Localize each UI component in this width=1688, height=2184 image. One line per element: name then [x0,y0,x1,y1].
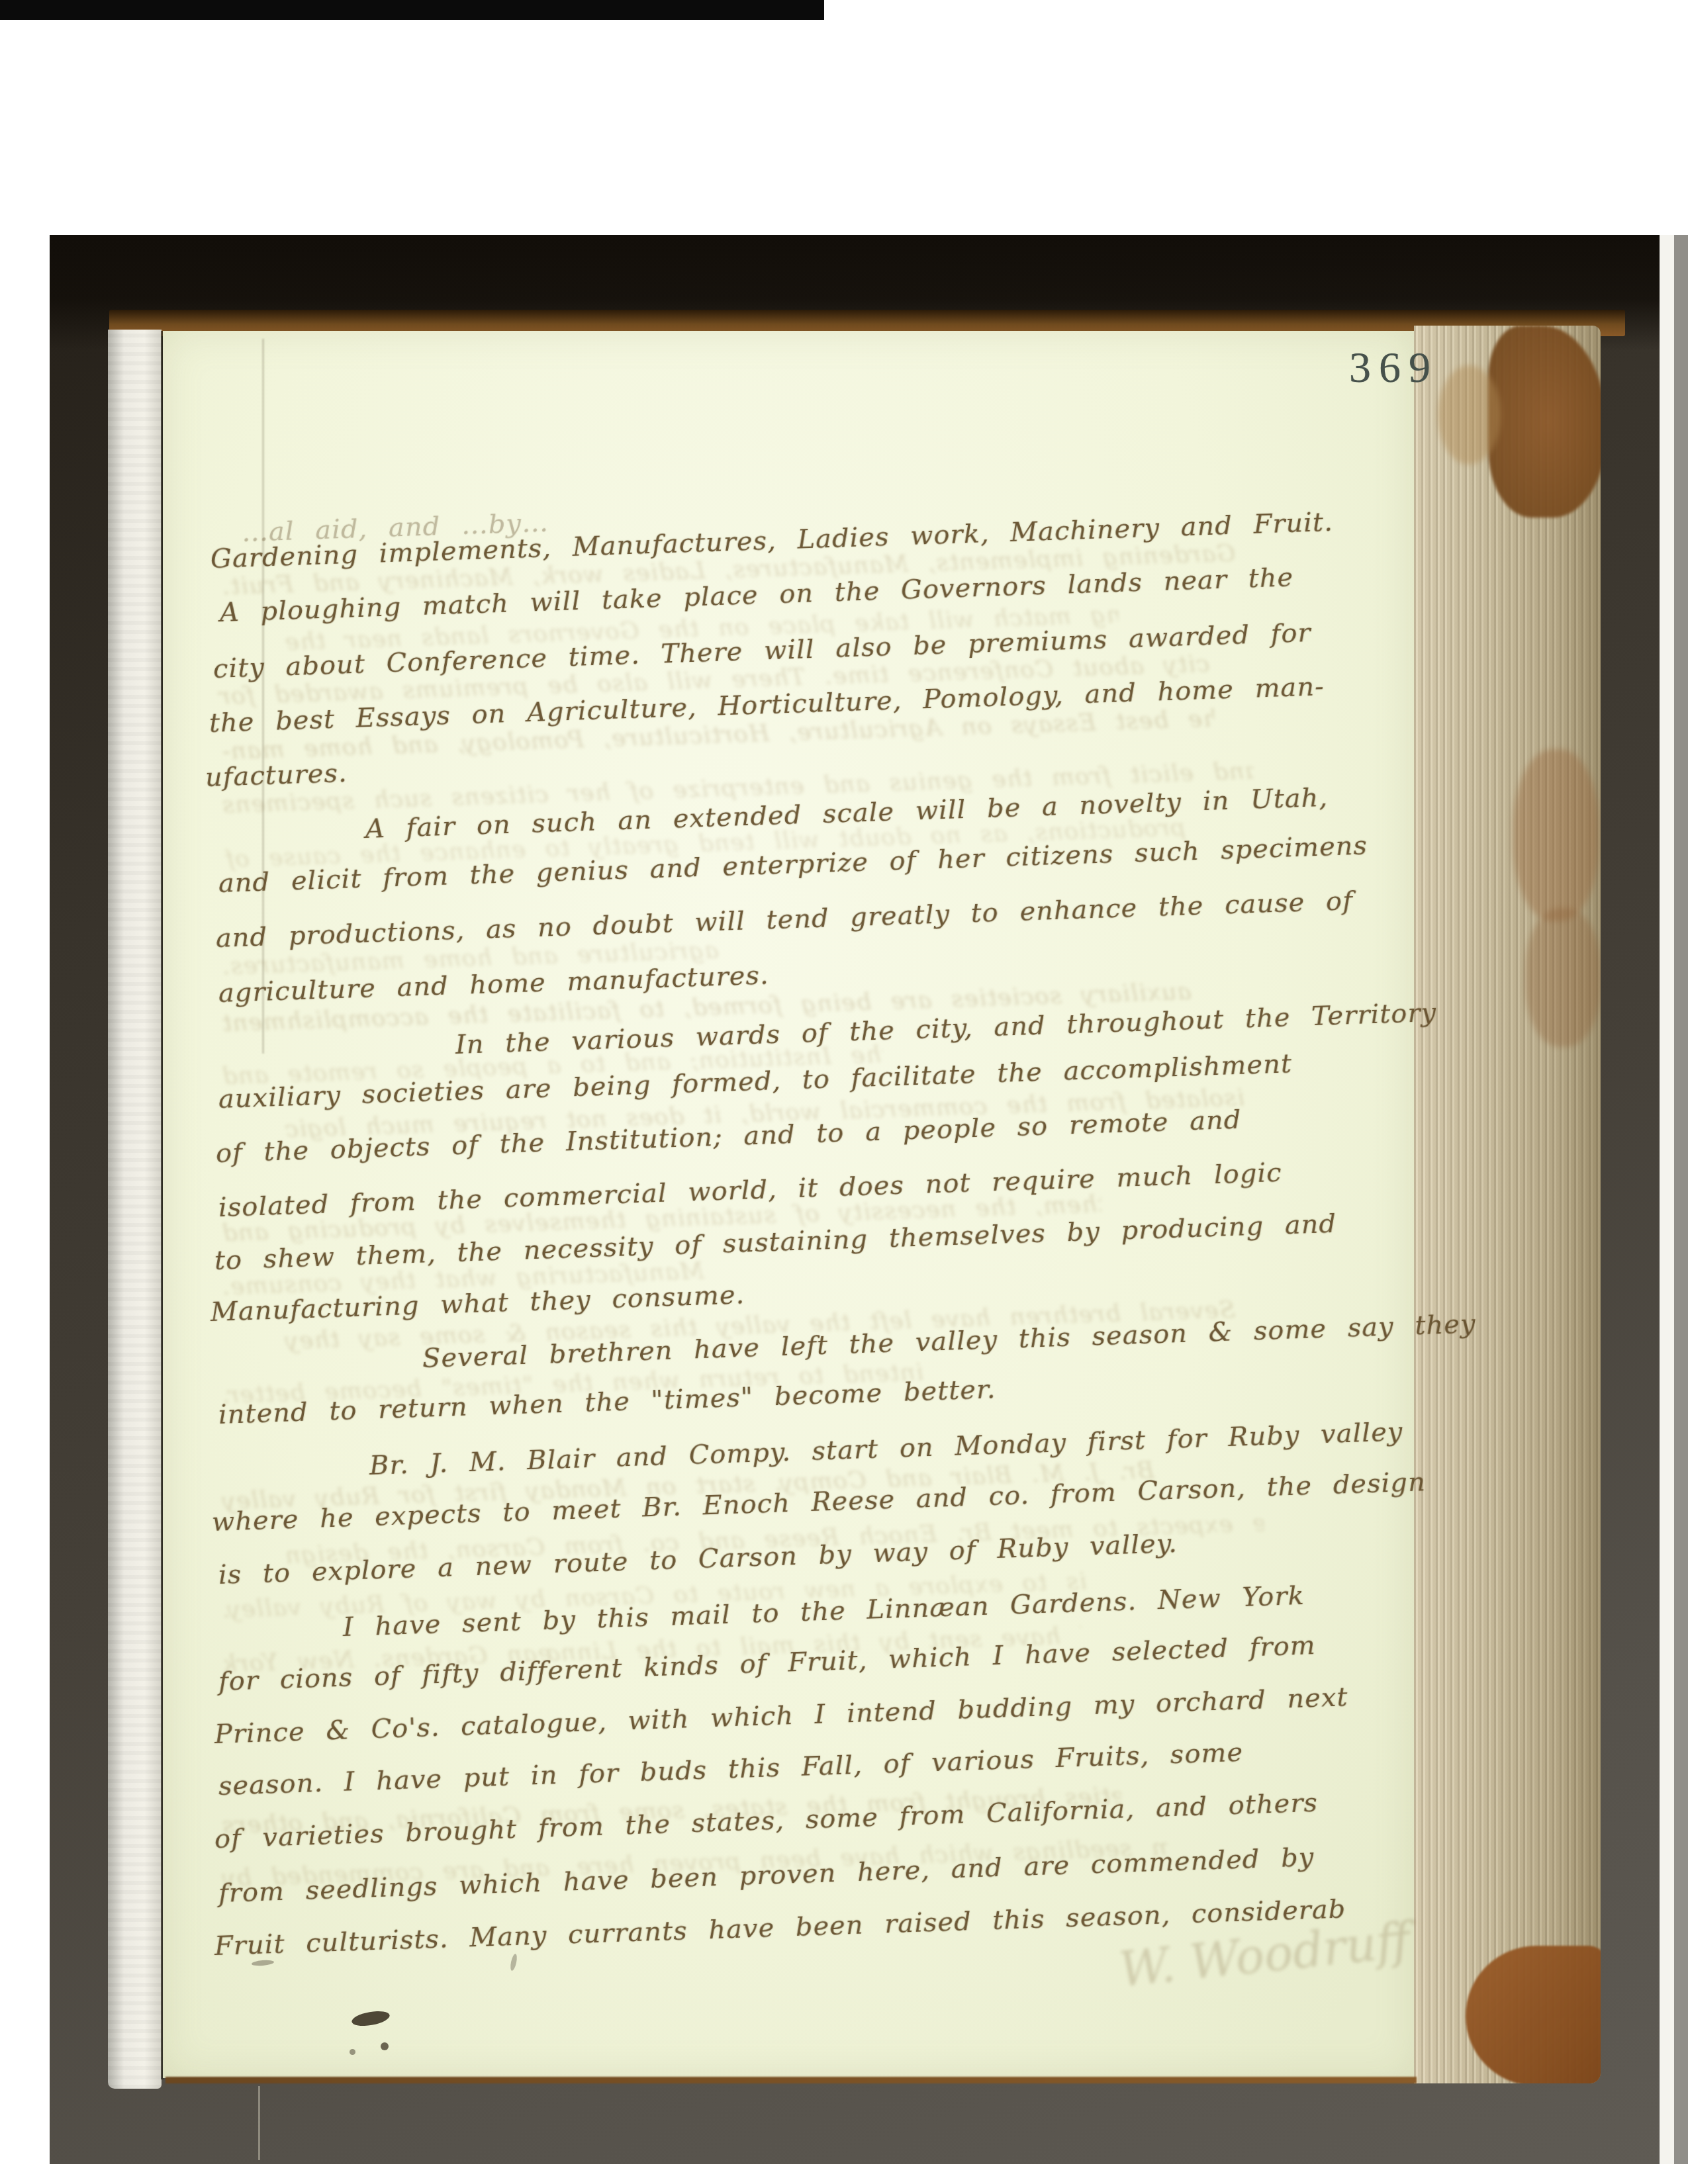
scanned-manuscript-screenshot: 369 Gardening implements, Manufactures, … [0,0,1688,2184]
photo-right-white-edge [1660,235,1674,2164]
cover-seam-line [258,2086,260,2160]
scanner-edge-strip [0,0,824,20]
page-bottom-edge [165,2077,1417,2083]
fore-edge-page-stack [1414,326,1601,2083]
fore-edge-brown-patch [1525,908,1601,1047]
photo-right-gray-edge [1674,235,1688,2164]
page-crease-line [262,339,264,1054]
fore-edge-brown-patch [1488,326,1601,518]
page-number: 369 [1349,343,1438,393]
left-page-edges [108,330,162,2089]
fore-edge-leather-corner [1466,1946,1601,2083]
fore-edge-brown-patch [1513,749,1599,921]
fore-edge-brown-patch [1438,365,1501,465]
manuscript-page [163,331,1414,2078]
